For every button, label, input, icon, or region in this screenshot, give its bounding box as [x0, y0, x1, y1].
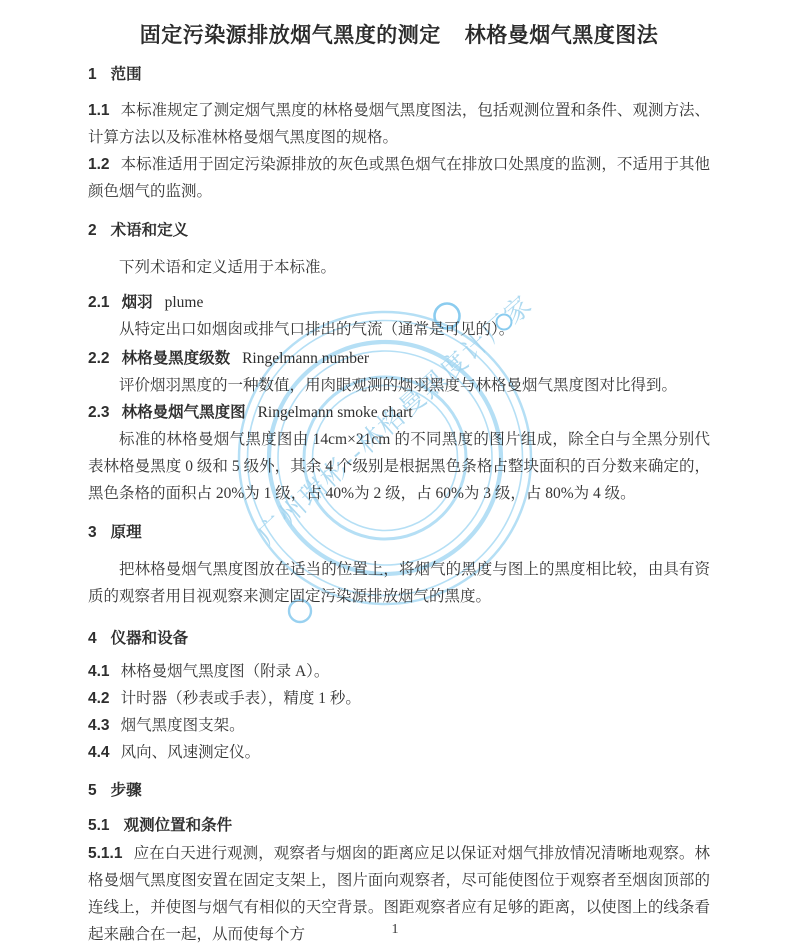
- page-title-part2: 林格曼烟气黑度图法: [465, 24, 659, 47]
- page-number: 1: [0, 916, 790, 943]
- equipment-item: 4.4风向、风速测定仪。: [88, 739, 710, 766]
- term-2-3-definition: 标准的林格曼烟气黑度图由 14cm×21cm 的不同黑度的图片组成，除全白与全黑…: [88, 426, 710, 507]
- term-zh: 林格曼烟气黑度图: [122, 404, 246, 421]
- term-en: Ringelmann number: [242, 350, 369, 367]
- section-title: 范围: [111, 66, 142, 83]
- section-2-intro: 下列术语和定义适用于本标准。: [88, 254, 710, 281]
- section-title: 仪器和设备: [111, 630, 189, 647]
- section-number: 5: [88, 782, 97, 799]
- clause-number: 4.2: [88, 690, 110, 707]
- section-2-heading: 2术语和定义: [88, 217, 710, 244]
- page-title-part1: 固定污染源排放烟气黑度的测定: [140, 24, 441, 47]
- clause-number: 4.4: [88, 744, 110, 761]
- equipment-item: 4.3烟气黑度图支架。: [88, 712, 710, 739]
- clause-text: 风向、风速测定仪。: [121, 744, 261, 761]
- term-en: Ringelmann smoke chart: [258, 404, 413, 421]
- page-title: 固定污染源排放烟气黑度的测定林格曼烟气黑度图法: [88, 21, 710, 51]
- term-en: plume: [165, 294, 204, 311]
- section-3-text: 把林格曼烟气黑度图放在适当的位置上，将烟气的黑度与图上的黑度相比较，由具有资质的…: [88, 556, 710, 610]
- term-2-2-definition: 评价烟羽黑度的一种数值，用肉眼观测的烟羽黑度与林格曼烟气黑度图对比得到。: [88, 372, 710, 399]
- clause-number: 4.3: [88, 717, 110, 734]
- document-body: 固定污染源排放烟气黑度的测定林格曼烟气黑度图法 1范围 1.1本标准规定了测定烟…: [0, 21, 790, 948]
- section-number: 3: [88, 524, 97, 541]
- term-number: 2.2: [88, 350, 110, 367]
- term-zh: 林格曼黑度级数: [122, 350, 231, 367]
- section-title: 观测位置和条件: [124, 817, 233, 834]
- section-number: 4: [88, 630, 97, 647]
- clause-text: 烟气黑度图支架。: [121, 717, 245, 734]
- section-4-heading: 4仪器和设备: [88, 625, 710, 652]
- equipment-item: 4.1林格曼烟气黑度图（附录 A）。: [88, 658, 710, 685]
- term-2-1-definition: 从特定出口如烟囱或排气口排出的气流（通常是可见的）。: [88, 316, 710, 343]
- clause-text: 本标准规定了测定烟气黑度的林格曼烟气黑度图法，包括观测位置和条件、观测方法、计算…: [88, 102, 710, 146]
- clause-number: 4.1: [88, 663, 110, 680]
- term-zh: 烟羽: [122, 294, 153, 311]
- term-number: 2.1: [88, 294, 110, 311]
- equipment-item: 4.2计时器（秒表或手表），精度 1 秒。: [88, 685, 710, 712]
- clause-text: 本标准适用于固定污染源排放的灰色或黑色烟气在排放口处黑度的监测，不适用于其他颜色…: [88, 156, 710, 200]
- term-number: 2.3: [88, 404, 110, 421]
- section-title: 步骤: [111, 782, 142, 799]
- section-5-1-heading: 5.1观测位置和条件: [88, 812, 710, 839]
- section-number: 5.1: [88, 817, 110, 834]
- clause-number: 5.1.1: [88, 845, 122, 862]
- document-page: 广州瑞彬--林格曼黑度计厂家 固定污染源排放烟气黑度的测定林格曼烟气黑度图法 1…: [0, 0, 790, 949]
- term-2-2-heading: 2.2林格曼黑度级数Ringelmann number: [88, 345, 710, 372]
- section-3-heading: 3原理: [88, 519, 710, 546]
- clause-1-1: 1.1本标准规定了测定烟气黑度的林格曼烟气黑度图法，包括观测位置和条件、观测方法…: [88, 97, 710, 151]
- section-number: 2: [88, 222, 97, 239]
- section-1-heading: 1范围: [88, 61, 710, 88]
- clause-number: 1.2: [88, 156, 110, 173]
- clause-text: 计时器（秒表或手表），精度 1 秒。: [121, 690, 361, 707]
- clause-text: 林格曼烟气黑度图（附录 A）。: [121, 663, 330, 680]
- term-2-1-heading: 2.1烟羽plume: [88, 289, 710, 316]
- section-title: 术语和定义: [111, 222, 189, 239]
- clause-number: 1.1: [88, 102, 110, 119]
- term-2-3-heading: 2.3林格曼烟气黑度图Ringelmann smoke chart: [88, 399, 710, 426]
- section-number: 1: [88, 66, 97, 83]
- clause-1-2: 1.2本标准适用于固定污染源排放的灰色或黑色烟气在排放口处黑度的监测，不适用于其…: [88, 151, 710, 205]
- section-5-heading: 5步骤: [88, 777, 710, 804]
- section-title: 原理: [111, 524, 142, 541]
